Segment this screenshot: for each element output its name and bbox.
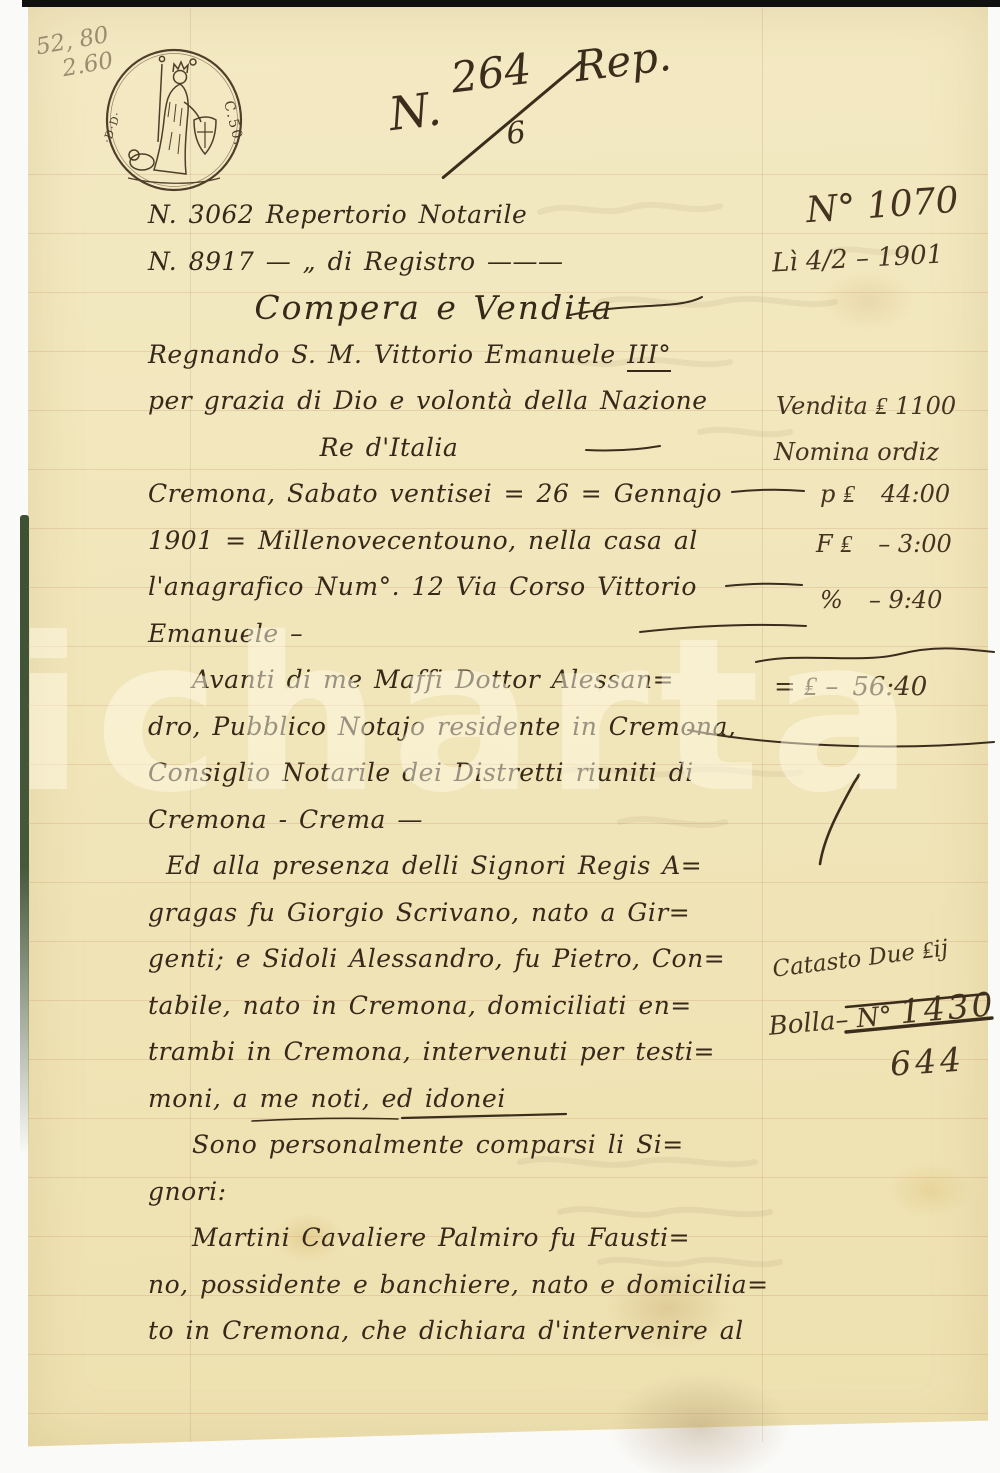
scanned-notarial-deed: 52, 80 2.60 C.50. ·D·D· N. 264 <box>0 0 1000 1473</box>
fee-label: p ₤ <box>820 480 855 508</box>
manuscript-line: to in Cremona, che dichiara d'intervenir… <box>148 1308 800 1355</box>
manuscript-line: gnori: <box>148 1169 800 1216</box>
manuscript-line: Martini Cavaliere Palmiro fu Fausti= <box>148 1215 800 1262</box>
manuscript-line: dro, Pubblico Notajo residente in Cremon… <box>148 704 800 751</box>
bolla-denominator: 644 <box>889 1039 967 1083</box>
annotation-prefix: N. <box>386 81 444 141</box>
manuscript-line: 1901 = Millenovecentouno, nella casa al <box>148 518 800 565</box>
manuscript-line: trambi in Cremona, intervenuti per testi… <box>148 1029 800 1076</box>
manuscript-line: Re d'Italia <box>148 425 800 472</box>
deed-title: Compera e Vendita <box>148 285 800 332</box>
fee-amount: 44:00 <box>881 480 950 508</box>
sale-value-note: Vendita ₤ 1100 <box>776 392 956 421</box>
nomina-note: Nomina ordiz <box>774 438 939 466</box>
line-text: Regnando S. M. Vittorio Emanuele <box>148 340 627 369</box>
justice-figure-engraving <box>128 56 220 183</box>
manuscript-line: N. 8917 — „ di Registro ——— <box>148 239 800 286</box>
regnal-numeral: III° <box>627 340 671 372</box>
manuscript-line: Ed alla presenza delli Signori Regis A= <box>148 843 800 890</box>
manuscript-line: Sono personalmente comparsi li Si= <box>148 1122 800 1169</box>
manuscript-line: Cremona, Sabato ventisei = 26 = Gennajo <box>148 471 800 518</box>
bollo-seal-stamp: C.50. ·D·D· <box>96 40 254 202</box>
fee-row: %– 9:40 <box>820 586 942 614</box>
manuscript-line: tabile, nato in Cremona, domiciliati en= <box>148 983 800 1030</box>
fee-amount: – 9:40 <box>869 586 943 614</box>
manuscript-line: Consiglio Notarile dei Distretti riuniti… <box>148 750 800 797</box>
total-label: = ₤ – <box>774 672 838 702</box>
manuscript-line: Emanuele – <box>148 611 800 658</box>
manuscript-line: l'anagrafico Num°. 12 Via Corso Vittorio <box>148 564 800 611</box>
stamp-rim-letters: ·D·D· <box>101 109 125 145</box>
manuscript-line: gragas fu Giorgio Scrivano, nato a Gir= <box>148 890 800 937</box>
manuscript-line: Cremona - Crema — <box>148 797 800 844</box>
manuscript-line: moni, a me noti, ed idonei <box>148 1076 800 1123</box>
manuscript-line: Avanti di me Maffi Dottor Alessan= <box>148 657 800 704</box>
fee-label: F ₤ <box>816 530 852 558</box>
total-amount: 56:40 <box>852 672 927 702</box>
underlying-cover-edge <box>20 515 29 1155</box>
stamp-denomination-label: C.50. <box>220 99 247 148</box>
fee-row: F ₤– 3:00 <box>816 530 952 559</box>
manuscript-line: genti; e Sidoli Alessandro, fu Pietro, C… <box>148 936 800 983</box>
fees-total: = ₤ –56:40 <box>774 672 927 702</box>
fee-label: % <box>820 586 843 614</box>
manuscript-line: Regnando S. M. Vittorio Emanuele III° <box>148 332 800 379</box>
bolla-numerator: 1430 <box>898 984 997 1031</box>
scan-edge-strip <box>22 0 1000 7</box>
annotation-numerator: 264 <box>448 44 534 102</box>
fee-row: p ₤44:00 <box>820 480 950 509</box>
manuscript-body: N. 3062 Repertorio Notarile N. 8917 — „ … <box>148 192 800 1355</box>
annotation-suffix: Rep. <box>572 31 674 91</box>
manuscript-line: per grazia di Dio e volontà della Nazion… <box>148 378 800 425</box>
fee-amount: – 3:00 <box>878 530 952 558</box>
manuscript-line: no, possidente e banchiere, nato e domic… <box>148 1262 800 1309</box>
